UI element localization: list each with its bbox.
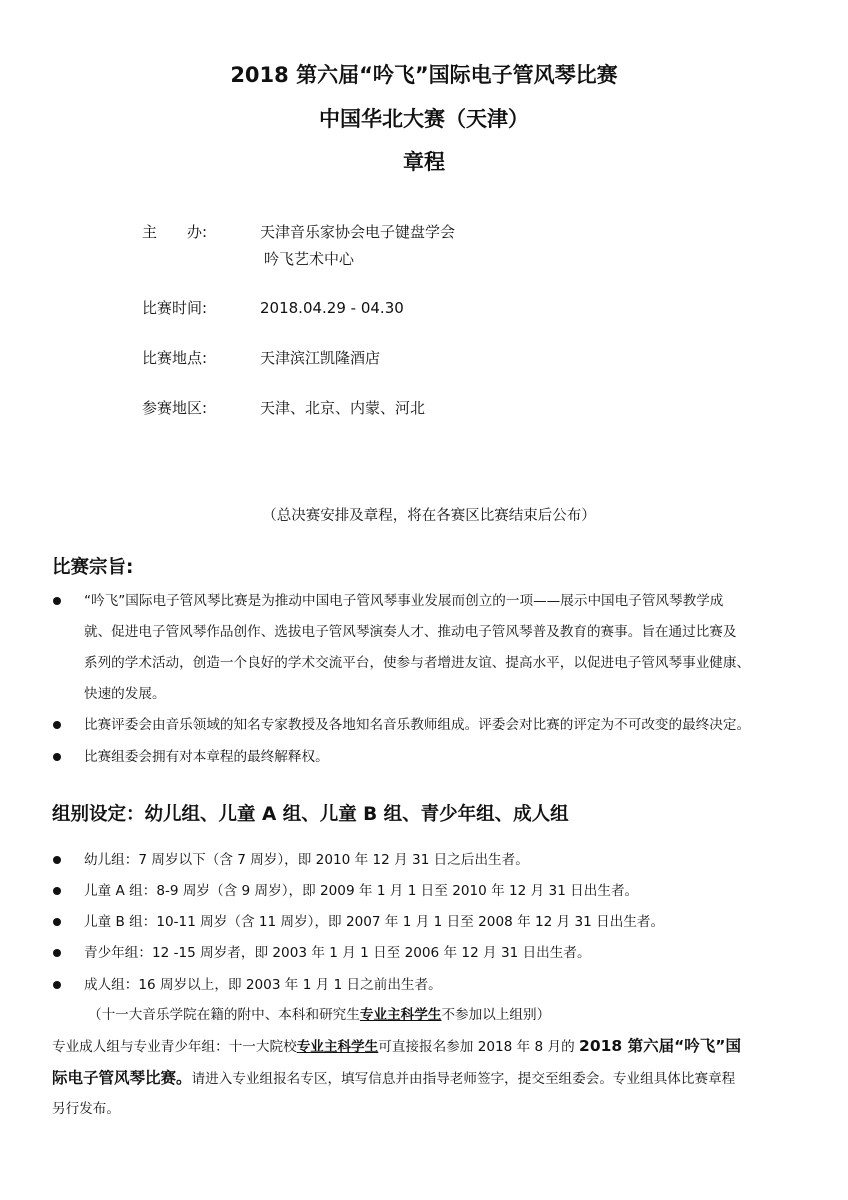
document-title-line1: 2018 第六届“吟飞”国际电子管风琴比赛 — [0, 62, 848, 88]
pro-text-mid: 可直接报名参加 2018 年 8 月的 — [378, 1039, 574, 1055]
time-label: 比赛时间: — [142, 298, 207, 318]
purpose-bullet1-line2: 就、促进电子管风琴作品创作、选拔电子管风琴演奏人才、推动电子管风琴普及教育的赛事… — [84, 623, 737, 641]
pro-paragraph-line2: 际电子管风琴比赛。请进入专业组报名专区，填写信息并由指导老师签字，提交至组委会。… — [52, 1069, 735, 1088]
section-heading-groups: 组别设定：幼儿组、儿童 A 组、儿童 B 组、青少年组、成人组 — [52, 803, 569, 827]
bullet-icon — [53, 753, 61, 761]
region-label: 参赛地区: — [142, 398, 207, 418]
purpose-bullet2: 比赛评委会由音乐领域的知名专家教授及各地知名音乐教师组成。评委会对比赛的评定为不… — [84, 716, 750, 734]
pro-bold-title-end: 际电子管风琴比赛。 — [52, 1069, 192, 1087]
time-value: 2018.04.29 - 04.30 — [260, 298, 404, 318]
bullet-icon — [53, 949, 61, 957]
pro-text: 专业成人组与专业青少年组：十一大院校 — [52, 1039, 297, 1055]
bullet-icon — [53, 981, 61, 989]
exclusion-note-text: （十一大音乐学院在籍的附中、本科和研究生 — [88, 1007, 360, 1023]
finals-note: （总决赛安排及章程，将在各赛区比赛结束后公布） — [0, 506, 848, 526]
region-value: 天津、北京、内蒙、河北 — [260, 398, 425, 418]
group-item-adult: 成人组：16 周岁以上，即 2003 年 1 月 1 日之前出生者。 — [84, 976, 442, 994]
exclusion-note-emphasis: 专业主科学生 — [360, 1007, 442, 1023]
document-title-line3: 章程 — [0, 149, 848, 175]
bullet-icon — [53, 918, 61, 926]
pro-emphasis: 专业主科学生 — [297, 1039, 379, 1055]
purpose-bullet1-line1: “吟飞”国际电子管风琴比赛是为推动中国电子管风琴事业发展而创立的一项——展示中国… — [84, 592, 723, 610]
pro-text-rest: 请进入专业组报名专区，填写信息并由指导老师签字，提交至组委会。专业组具体比赛章程 — [192, 1071, 736, 1087]
organizer-label: 主 办: — [142, 222, 207, 242]
group-item-child-b: 儿童 B 组：10-11 周岁（含 11 周岁），即 2007 年 1 月 1 … — [84, 913, 664, 931]
bullet-icon — [53, 721, 61, 729]
bullet-icon — [53, 856, 61, 864]
pro-paragraph-line3: 另行发布。 — [52, 1100, 120, 1118]
section-heading-purpose: 比赛宗旨: — [52, 556, 133, 580]
document-title-line2: 中国华北大赛（天津） — [0, 106, 848, 132]
venue-value: 天津滨江凯隆酒店 — [260, 348, 380, 368]
bullet-icon — [53, 887, 61, 895]
bullet-icon — [53, 597, 61, 605]
group-item-youth: 青少年组：12 -15 周岁者，即 2003 年 1 月 1 日至 2006 年… — [84, 944, 591, 962]
group-item-toddler: 幼儿组：7 周岁以下（含 7 周岁），即 2010 年 12 月 31 日之后出… — [84, 851, 529, 869]
venue-label: 比赛地点: — [142, 348, 207, 368]
organizer-value-1: 天津音乐家协会电子键盘学会 — [260, 222, 455, 242]
purpose-bullet1-line3: 系列的学术活动，创造一个良好的学术交流平台，使参与者增进友谊、提高水平，以促进电… — [84, 654, 750, 672]
purpose-bullet3: 比赛组委会拥有对本章程的最终解释权。 — [84, 748, 329, 766]
organizer-value-2: 吟飞艺术中心 — [264, 249, 354, 269]
pro-bold-title: 2018 第六届“吟飞”国 — [579, 1037, 741, 1055]
group-item-child-a: 儿童 A 组：8-9 周岁（含 9 周岁），即 2009 年 1 月 1 日至 … — [84, 882, 638, 900]
pro-paragraph-line1: 专业成人组与专业青少年组：十一大院校专业主科学生可直接报名参加 2018 年 8… — [52, 1037, 741, 1056]
exclusion-note-text-end: 不参加以上组别） — [441, 1007, 550, 1023]
exclusion-note: （十一大音乐学院在籍的附中、本科和研究生专业主科学生不参加以上组别） — [88, 1006, 550, 1024]
purpose-bullet1-line4: 快速的发展。 — [84, 685, 166, 703]
